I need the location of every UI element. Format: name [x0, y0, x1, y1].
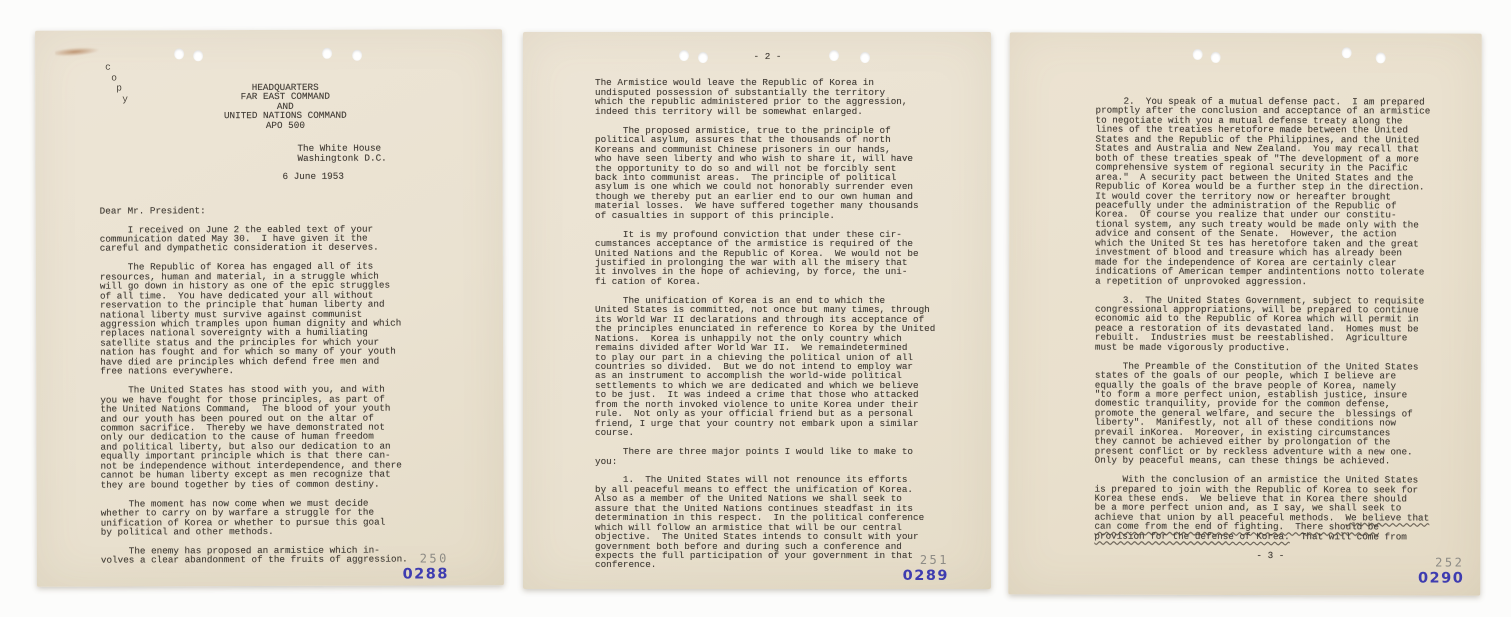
pencil-underlined-text: provision for the defense of Korea. [1094, 530, 1289, 542]
letterhead: HEADQUARTERS FAR EAST COMMAND AND UNITED… [99, 82, 471, 131]
paragraph: The United States has stood with you, an… [100, 384, 475, 489]
text-line: they are bound together by ties of commo… [101, 479, 476, 490]
text-line: There are three major points I would lik… [595, 447, 963, 456]
letter-date: 6 June 1953 [283, 171, 475, 181]
text-line: of casualties in support of this princip… [595, 211, 963, 220]
letter-body: 2. You speak of a mutual defense pact. I… [1094, 97, 1461, 542]
text-line: indeed this territory will be somewhat e… [595, 107, 963, 116]
text-line: a repetition of unprovoked aggression. [1095, 276, 1461, 286]
letter-page-3: 2. You speak of a mutual defense pact. I… [1008, 32, 1481, 595]
letter-page-1: c o p y HEADQUARTERS FAR EAST COMMAND AN… [35, 29, 504, 587]
letter-body: The Armistice would leave the Republic o… [595, 78, 963, 569]
text-line: friend, I urge that your country not emb… [595, 419, 963, 428]
salutation: Dear Mr. President: [100, 205, 475, 216]
page-1-text-column: HEADQUARTERS FAR EAST COMMAND AND UNITED… [35, 29, 504, 587]
page-number-blue: 0289 [903, 568, 949, 584]
paragraph: The Armistice would leave the Republic o… [595, 78, 963, 116]
paragraph: 2. You speak of a mutual defense pact. I… [1095, 97, 1461, 287]
paragraph: With the conclusion of an armistice the … [1094, 475, 1460, 542]
page-number-stamps: 250 0288 [402, 551, 448, 582]
paragraph: The moment has now come when we must dec… [101, 498, 476, 537]
paragraph: 3. The United States Government, subject… [1095, 295, 1461, 353]
page-number-blue: 0288 [403, 566, 449, 582]
paragraph: There are three major points I would lik… [595, 447, 963, 466]
page-3-text-column: 2. You speak of a mutual defense pact. I… [1008, 32, 1481, 595]
text-line: fi cation of Korea. [595, 277, 963, 286]
page-number-gray: 251 [903, 553, 949, 567]
text-line: must be made vigorously productive. [1095, 342, 1461, 352]
paragraph: It is my profound conviction that under … [595, 230, 963, 287]
letter-body: I received on June 2 the eabled text of … [100, 224, 476, 566]
text-line: free nations everywhere. [100, 366, 475, 377]
paragraph: The Republic of Korea has engaged all of… [100, 262, 475, 377]
paragraph: The proposed armistice, true to the prin… [595, 126, 963, 221]
page-number-blue: 0290 [1418, 570, 1464, 586]
page-number-gray: 250 [402, 551, 448, 565]
letter-page-2: - 2 - The Armistice would leave the Repu… [523, 32, 991, 589]
text-line: course. [595, 428, 963, 437]
page-number-footer: - 3 - [1094, 550, 1446, 560]
text-line: provision for the defense of Korea. That… [1094, 531, 1460, 541]
page-number-header: - 2 - [595, 52, 940, 61]
text-line: careful and dympathetic consideration it… [100, 243, 475, 254]
page-number-stamps: 251 0289 [903, 553, 949, 584]
page-number-stamps: 252 0290 [1418, 555, 1464, 586]
text-line: Only by peaceful means, can these things… [1095, 456, 1461, 466]
paragraph: The Preamble of the Constitution of the … [1095, 361, 1461, 466]
text-line: by political and other methods. [101, 526, 476, 537]
page-number-gray: 252 [1418, 555, 1464, 569]
text-line: you: [595, 457, 963, 466]
scan-background: { "colors": { "paper": "#eae2d1", "ink":… [0, 0, 1511, 617]
document-scan: c o p y HEADQUARTERS FAR EAST COMMAND AN… [0, 0, 1511, 617]
paragraph: I received on June 2 the eabled text of … [100, 224, 475, 254]
paragraph: The unification of Korea is an end to wh… [595, 296, 963, 438]
recipient-address: The White House Washingtonk D.C. [297, 144, 474, 164]
page-2-text-column: - 2 - The Armistice would leave the Repu… [523, 32, 991, 589]
